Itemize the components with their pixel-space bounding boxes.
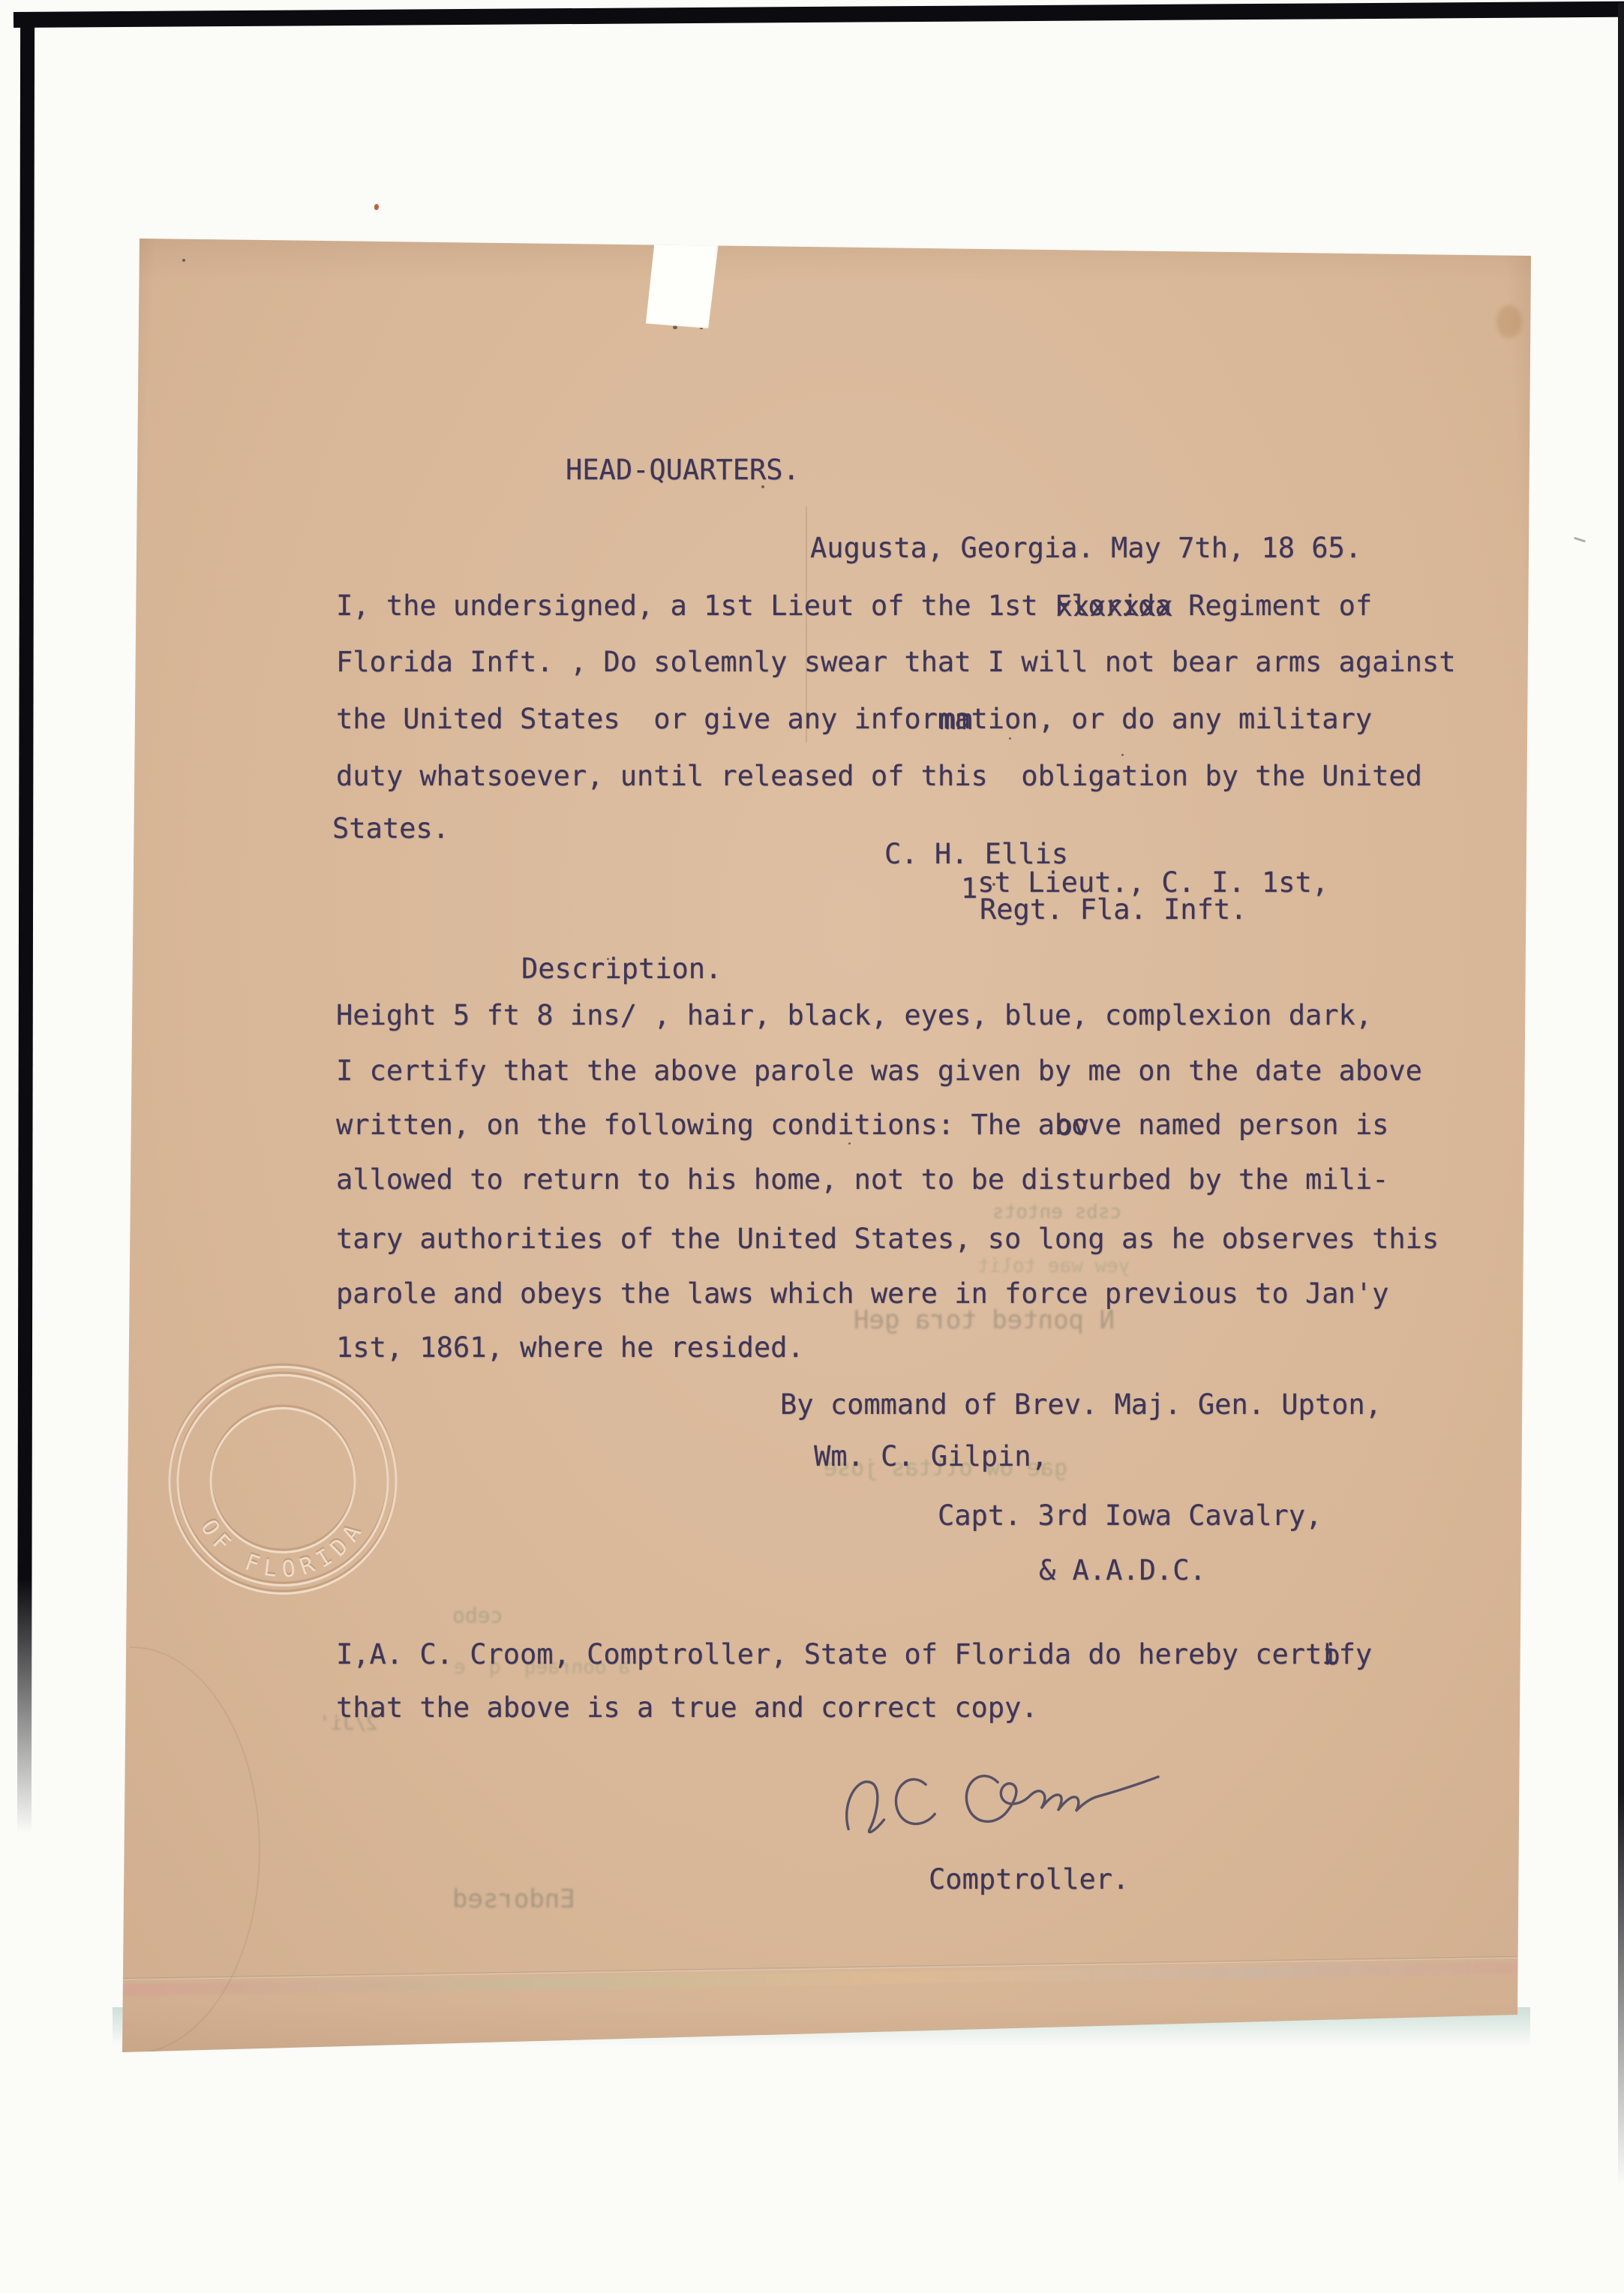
description-line-7: 1st, 1861, where he resided. — [336, 1334, 804, 1361]
document-paper: OF FLORIDA OF FLORIDA csbs entots yew wa… — [122, 236, 1531, 2054]
embossed-state-seal: OF FLORIDA OF FLORIDA — [148, 1344, 418, 1614]
bleedthrough-ghost-text: Endorsed — [452, 1886, 575, 1912]
overstrike: mm — [939, 706, 973, 734]
ink-speck — [1121, 754, 1124, 756]
overstrike: ov — [1040, 1112, 1123, 1139]
scan-frame-left-edge — [17, 18, 35, 1833]
by-command-line: By command of Brev. Maj. Gen. Upton, — [780, 1391, 1382, 1418]
signer-name: C. H. Ellis — [884, 840, 1068, 868]
bleedthrough-ghost-text: csbs entots — [992, 1202, 1121, 1222]
dropped-numeral: 1 — [961, 872, 977, 905]
scan-frame-top-edge — [14, 2, 1624, 28]
letter-heading: HEAD-QUARTERS. — [566, 456, 800, 484]
oath-line-1: I, the undersigned, a 1st Lieut of the 1… — [336, 592, 1372, 620]
scan-frame-right-edge — [1618, 3, 1624, 2186]
ink-speck — [992, 883, 995, 886]
description-heading: Description. — [521, 955, 722, 983]
oath-line-3: the United States or give any informammt… — [336, 705, 1372, 733]
oath-line-5: States. — [332, 815, 449, 842]
certification-line-2: that the above is a true and correct cop… — [336, 1694, 1038, 1721]
ink-speck — [1009, 737, 1011, 740]
overstrike: xxxxxxx — [1056, 593, 1173, 620]
description-line-4: allowed to return to his home, not to be… — [336, 1166, 1388, 1193]
bleedthrough-ghost-text: yew wae tolit — [977, 1256, 1130, 1276]
letter-dateline: Augusta, Georgia. May 7th, 18 65. — [810, 534, 1361, 562]
description-line-5: tary authorities of the United States, s… — [336, 1225, 1439, 1253]
signature-title: Comptroller. — [929, 1865, 1129, 1893]
ink-speck — [607, 958, 609, 960]
oath-line-4: duty whatsoever, until released of this … — [336, 762, 1422, 790]
bleedthrough-ghost-text: cebo — [452, 1605, 503, 1626]
scan-red-speck — [374, 204, 379, 210]
adjutant-name: Wm. C. Gilpin, — [814, 1442, 1048, 1470]
description-line-3: written, on the following conditions: Th… — [336, 1111, 1388, 1139]
paper-stain — [1496, 305, 1522, 338]
bleedthrough-ghost-text: N ponted tora geH — [854, 1307, 1115, 1333]
signer-regiment: Regt. Fla. Inft. — [980, 896, 1247, 923]
curved-crease — [2, 1646, 260, 2054]
ink-speck — [673, 326, 677, 329]
certification-line-1: I,A. C. Croom, Comptroller, State of Flo… — [336, 1640, 1372, 1668]
croom-handwritten-signature — [834, 1736, 1191, 1852]
signer-rank: 1st Lieut., C. I. 1st, — [961, 869, 1328, 896]
oath-line-2: Florida Inft. , Do solemnly swear that I… — [336, 648, 1455, 676]
ink-speck — [761, 485, 764, 488]
scan-pencil-mark — [1574, 537, 1586, 543]
adjutant-role: & A.A.D.C. — [1039, 1556, 1206, 1584]
tape-repair-patch — [646, 239, 720, 329]
description-line-6: parole and obeys the laws which were in … — [336, 1280, 1388, 1307]
description-line-2: I certify that the above parole was give… — [336, 1057, 1422, 1085]
ink-speck — [182, 259, 185, 262]
adjutant-rank: Capt. 3rd Iowa Cavalry, — [938, 1502, 1322, 1529]
description-line-1: Height 5 ft 8 ins/ , hair, black, eyes, … — [336, 1001, 1372, 1029]
ink-speck — [848, 1142, 851, 1145]
overstrike: b — [1256, 1641, 1373, 1669]
